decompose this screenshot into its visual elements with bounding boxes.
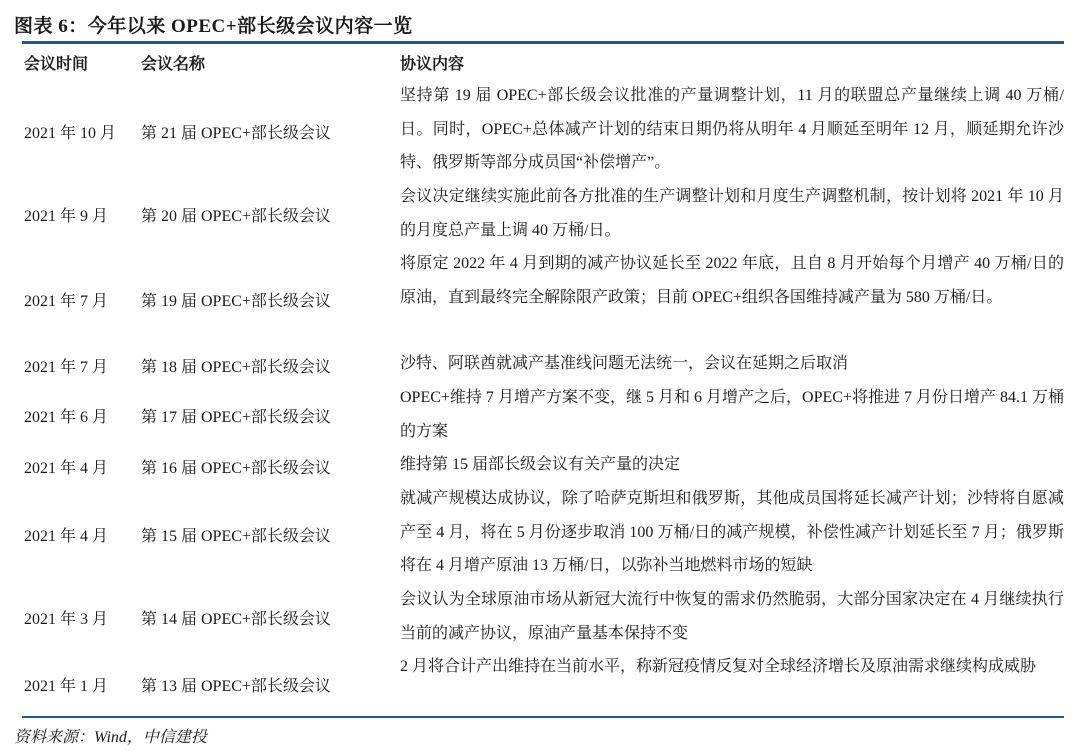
meeting-time: 2021 年 7 月 [24,354,108,377]
agreement-content: 会议决定继续实施此前各方批准的生产调整计划和月度生产调整机制，按计划将 2021… [400,180,1064,247]
header-agreement-content: 协议内容 [400,51,464,74]
agreement-content: 沙特、阿联酋就减产基准线问题无法统一，会议在延期之后取消 [400,347,1064,381]
figure-title: 图表 6：今年以来 OPEC+部长级会议内容一览 [14,11,413,38]
agreement-content: 会议认为全球原油市场从新冠大流行中恢复的需求仍然脆弱，大部分国家决定在 4 月继… [400,583,1064,650]
meeting-name: 第 20 届 OPEC+部长级会议 [141,203,331,226]
meeting-name: 第 16 届 OPEC+部长级会议 [141,455,331,478]
meeting-time: 2021 年 1 月 [24,673,108,696]
bottom-rule [22,716,1064,718]
meeting-name: 第 15 届 OPEC+部长级会议 [141,523,331,546]
meeting-time: 2021 年 4 月 [24,455,108,478]
top-rule [22,41,1064,44]
source-note: 资料来源：Wind，中信建投 [14,724,207,747]
header-meeting-name: 会议名称 [141,51,205,74]
meeting-time: 2021 年 9 月 [24,203,108,226]
meeting-time: 2021 年 4 月 [24,523,108,546]
meeting-name: 第 14 届 OPEC+部长级会议 [141,606,331,629]
meeting-time: 2021 年 7 月 [24,288,108,311]
meeting-name: 第 13 届 OPEC+部长级会议 [141,673,331,696]
agreement-content: OPEC+维持 7 月增产方案不变，继 5 月和 6 月增产之后，OPEC+将推… [400,381,1064,448]
meeting-time: 2021 年 6 月 [24,404,108,427]
meeting-time: 2021 年 10 月 [24,120,116,143]
agreement-content: 维持第 15 届部长级会议有关产量的决定 [400,448,1064,482]
meeting-name: 第 19 届 OPEC+部长级会议 [141,288,331,311]
meeting-name: 第 21 届 OPEC+部长级会议 [141,120,331,143]
meeting-name: 第 18 届 OPEC+部长级会议 [141,354,331,377]
agreement-content: 坚持第 19 届 OPEC+部长级会议批准的产量调整计划，11 月的联盟总产量继… [400,79,1064,180]
agreement-content: 2 月将合计产出维持在当前水平，称新冠疫情反复对全球经济增长及原油需求继续构成威… [400,650,1064,684]
meeting-name: 第 17 届 OPEC+部长级会议 [141,404,331,427]
header-meeting-time: 会议时间 [24,51,88,74]
agreement-content: 将原定 2022 年 4 月到期的减产协议延长至 2022 年底，且自 8 月开… [400,247,1064,314]
agreement-content: 就减产规模达成协议，除了哈萨克斯坦和俄罗斯，其他成员国将延长减产计划；沙特将自愿… [400,482,1064,583]
meeting-time: 2021 年 3 月 [24,606,108,629]
